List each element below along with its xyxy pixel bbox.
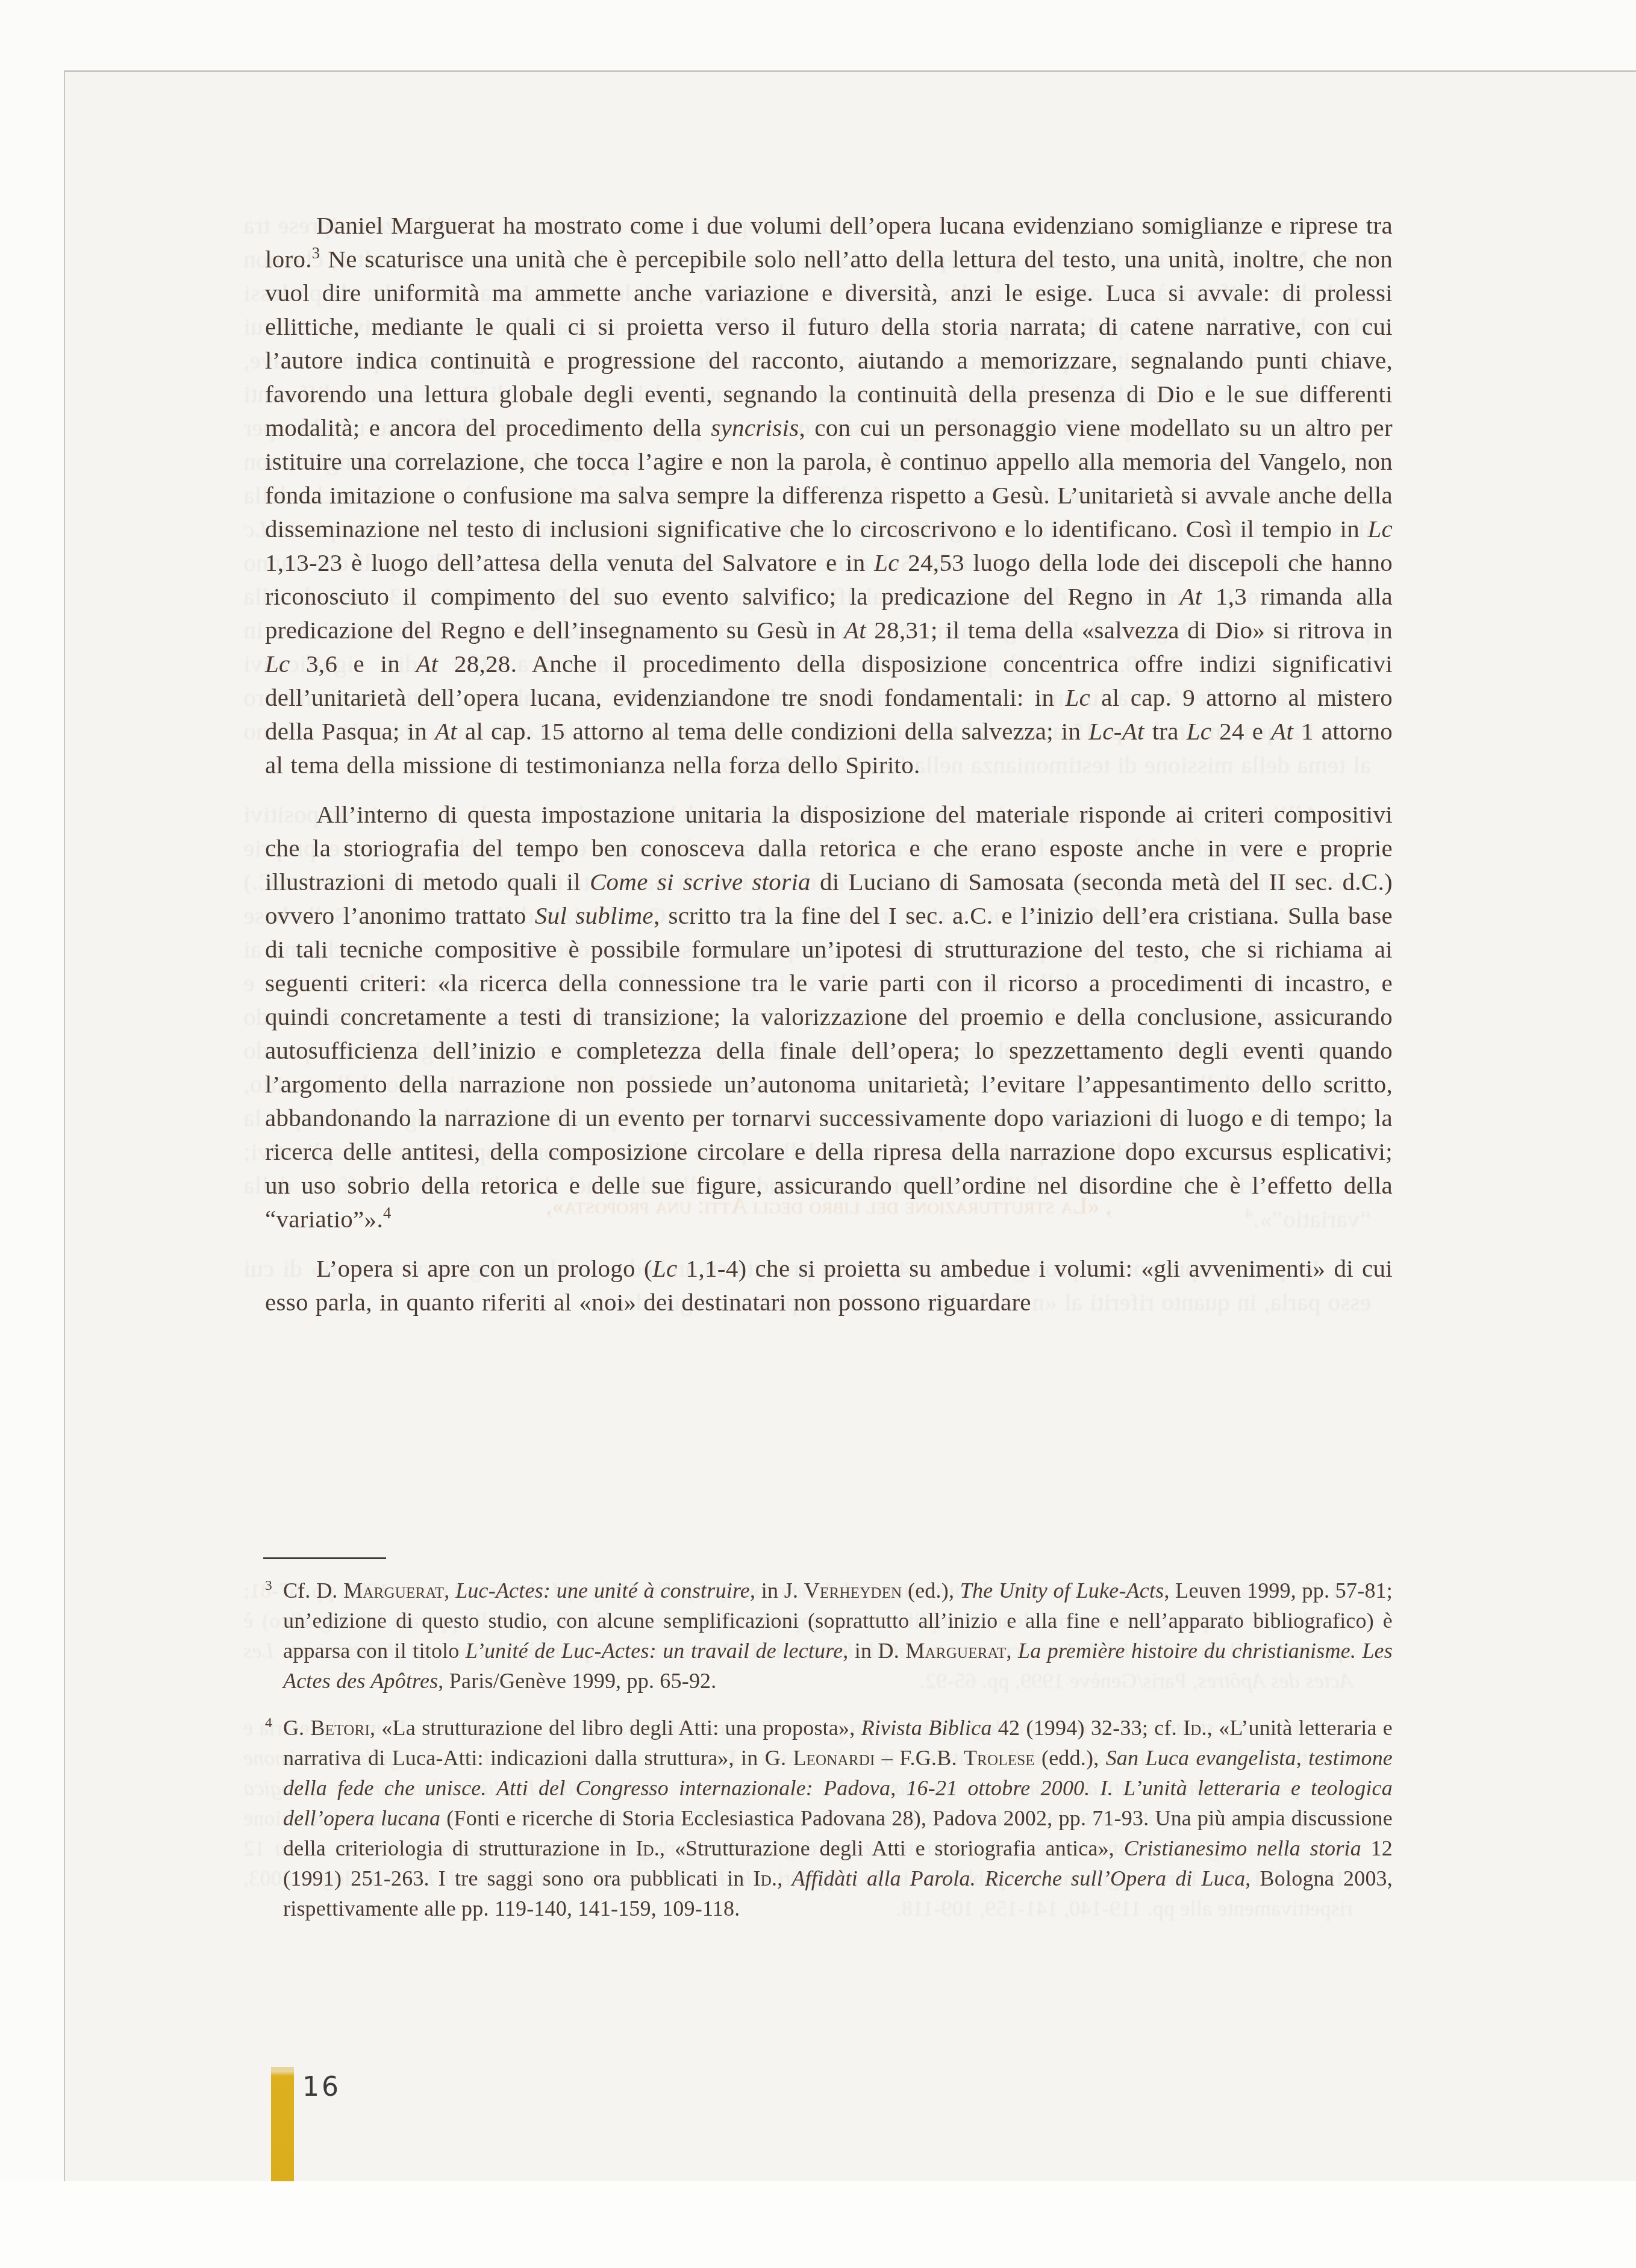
scanner-background — [0, 2181, 1636, 2268]
body-text: Daniel Marguerat ha mostrato come i due … — [265, 208, 1393, 1319]
paragraph: Daniel Marguerat ha mostrato come i due … — [265, 208, 1393, 782]
page-number: 16 — [302, 2072, 341, 2102]
paragraph: L’opera si apre con un prologo (Lc 1,1-4… — [265, 1251, 1393, 1319]
page-marker-bar — [271, 2067, 294, 2181]
footnote: 3Cf. D. Marguerat, Luc-Actes: une unité … — [265, 1575, 1393, 1696]
footnote-separator — [263, 1557, 386, 1559]
footnotes: 3Cf. D. Marguerat, Luc-Actes: une unité … — [265, 1575, 1393, 1924]
footnote-number: 4 — [265, 1715, 272, 1731]
footnote-number: 3 — [265, 1578, 272, 1594]
footnote: 4G. Betori, «La strutturazione del libro… — [265, 1713, 1393, 1924]
scanned-book-page: , «La strutturazione del libro degli Att… — [0, 0, 1636, 2268]
paragraph: All’interno di questa impostazione unita… — [265, 797, 1393, 1236]
